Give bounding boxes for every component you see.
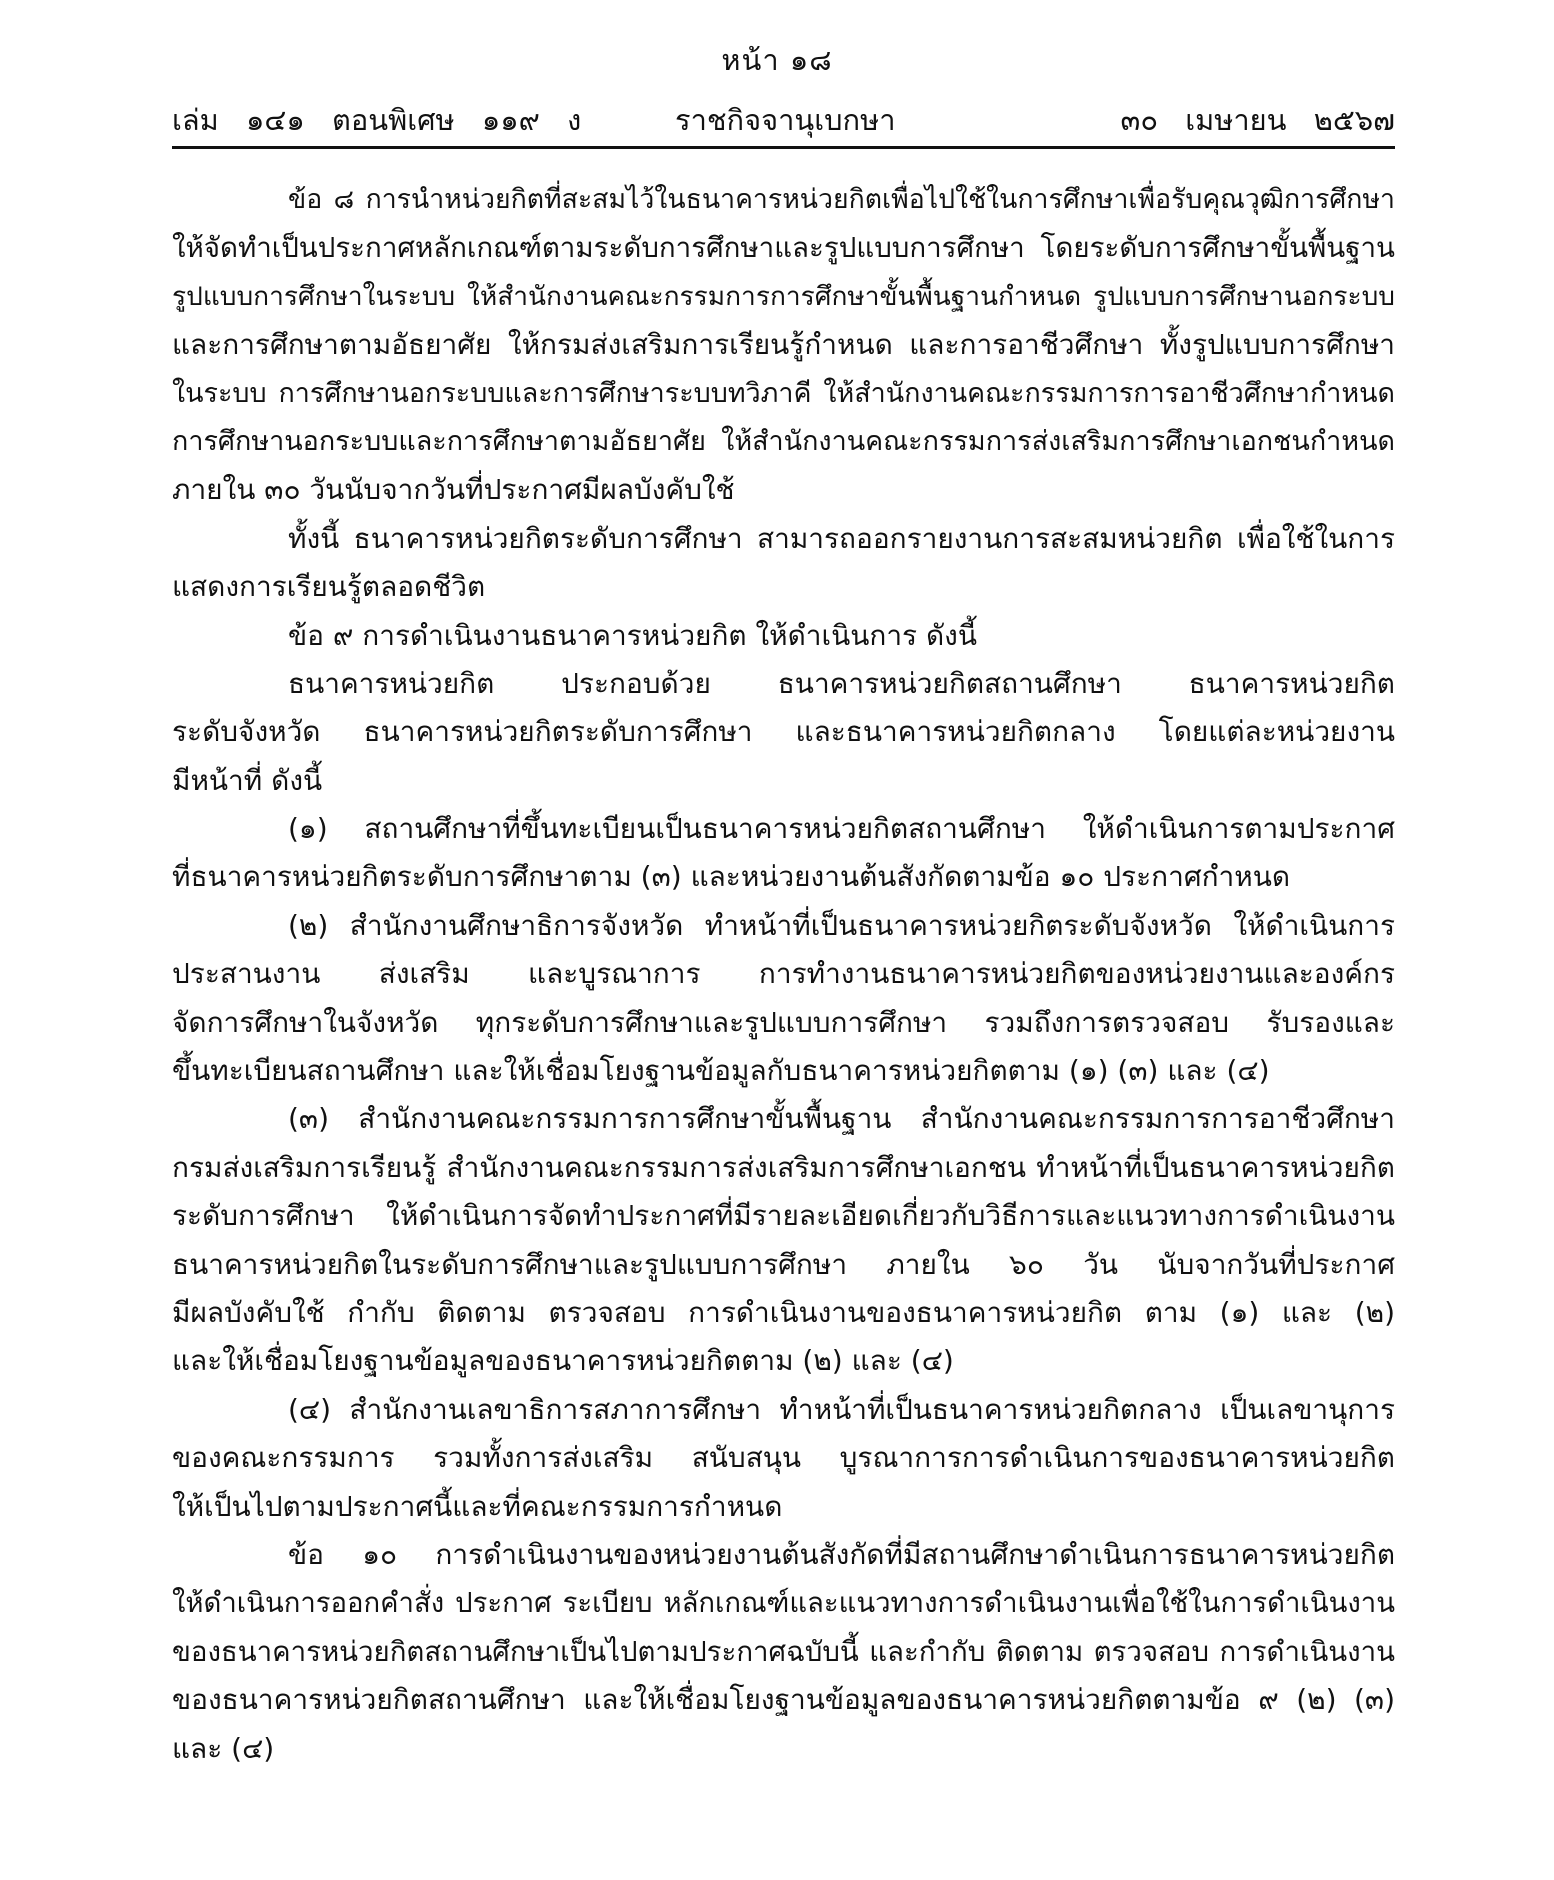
text-line: ธนาคารหน่วยกิตในระดับการศึกษาและรูปแบบกา… xyxy=(172,1241,1395,1289)
text-line: (๓) สำนักงานคณะกรรมการการศึกษาขั้นพื้นฐา… xyxy=(172,1095,1395,1143)
document-body: ข้อ ๘ การนำหน่วยกิตที่สะสมไว้ในธนาคารหน่… xyxy=(172,176,1395,1773)
text-line: แสดงการเรียนรู้ตลอดชีวิต xyxy=(172,563,1395,611)
text-line: ของคณะกรรมการ รวมทั้งการส่งเสริม สนับสนุ… xyxy=(172,1434,1395,1482)
text-line: ข้อ ๙ การดำเนินงานธนาคารหน่วยกิต ให้ดำเน… xyxy=(172,612,1395,660)
text-line: ของธนาคารหน่วยกิตสถานศึกษาเป็นไปตามประกา… xyxy=(172,1628,1395,1676)
text-line: การศึกษานอกระบบและการศึกษาตามอัธยาศัย ให… xyxy=(172,418,1395,466)
text-line: และให้เชื่อมโยงฐานข้อมูลของธนาคารหน่วยกิ… xyxy=(172,1337,1395,1385)
volume-info: เล่ม ๑๔๑ ตอนพิเศษ ๑๑๙ ง xyxy=(172,100,581,140)
text-line: ภายใน ๓๐ วันนับจากวันที่ประกาศมีผลบังคับ… xyxy=(172,466,1395,514)
text-line: ระดับจังหวัด ธนาคารหน่วยกิตระดับการศึกษา… xyxy=(172,708,1395,756)
text-line: มีหน้าที่ ดังนี้ xyxy=(172,757,1395,805)
text-line: ธนาคารหน่วยกิต ประกอบด้วย ธนาคารหน่วยกิต… xyxy=(172,660,1395,708)
text-line: จัดการศึกษาในจังหวัด ทุกระดับการศึกษาและ… xyxy=(172,999,1395,1047)
page-number: หน้า ๑๘ xyxy=(0,40,1554,80)
publication-date: ๓๐ เมษายน ๒๕๖๗ xyxy=(1121,100,1396,140)
text-line: กรมส่งเสริมการเรียนรู้ สำนักงานคณะกรรมกา… xyxy=(172,1144,1395,1192)
text-line: และ (๔) xyxy=(172,1725,1395,1773)
text-line: (๑) สถานศึกษาที่ขึ้นทะเบียนเป็นธนาคารหน่… xyxy=(172,805,1395,853)
text-line: ข้อ ๘ การนำหน่วยกิตที่สะสมไว้ในธนาคารหน่… xyxy=(172,176,1395,224)
publication-title: ราชกิจจานุเบกษา xyxy=(675,100,895,140)
text-line: ข้อ ๑๐ การดำเนินงานของหน่วยงานต้นสังกัดท… xyxy=(172,1531,1395,1579)
text-line: ให้ดำเนินการออกคำสั่ง ประกาศ ระเบียบ หลั… xyxy=(172,1579,1395,1627)
text-line: ในระบบ การศึกษานอกระบบและการศึกษาระบบทวิ… xyxy=(172,370,1395,418)
text-line: ขึ้นทะเบียนสถานศึกษา และให้เชื่อมโยงฐานข… xyxy=(172,1047,1395,1095)
text-line: ทั้งนี้ ธนาคารหน่วยกิตระดับการศึกษา สามา… xyxy=(172,515,1395,563)
text-line: ประสานงาน ส่งเสริม และบูรณาการ การทำงานธ… xyxy=(172,950,1395,998)
text-line: ที่ธนาคารหน่วยกิตระดับการศึกษาตาม (๓) แล… xyxy=(172,853,1395,901)
gazette-header: เล่ม ๑๔๑ ตอนพิเศษ ๑๑๙ ง ราชกิจจานุเบกษา … xyxy=(172,100,1395,140)
text-line: ของธนาคารหน่วยกิตสถานศึกษา และให้เชื่อมโ… xyxy=(172,1676,1395,1724)
text-line: (๒) สำนักงานศึกษาธิการจังหวัด ทำหน้าที่เ… xyxy=(172,902,1395,950)
text-line: ให้เป็นไปตามประกาศนี้และที่คณะกรรมการกำห… xyxy=(172,1483,1395,1531)
text-line: รูปแบบการศึกษาในระบบ ให้สำนักงานคณะกรรมก… xyxy=(172,273,1395,321)
text-line: มีผลบังคับใช้ กำกับ ติดตาม ตรวจสอบ การดำ… xyxy=(172,1289,1395,1337)
text-line: (๔) สำนักงานเลขาธิการสภาการศึกษา ทำหน้าท… xyxy=(172,1386,1395,1434)
text-line: และการศึกษาตามอัธยาศัย ให้กรมส่งเสริมการ… xyxy=(172,321,1395,369)
text-line: ระดับการศึกษา ให้ดำเนินการจัดทำประกาศที่… xyxy=(172,1192,1395,1240)
header-divider xyxy=(172,146,1395,149)
text-line: ให้จัดทำเป็นประกาศหลักเกณฑ์ตามระดับการศึ… xyxy=(172,224,1395,272)
